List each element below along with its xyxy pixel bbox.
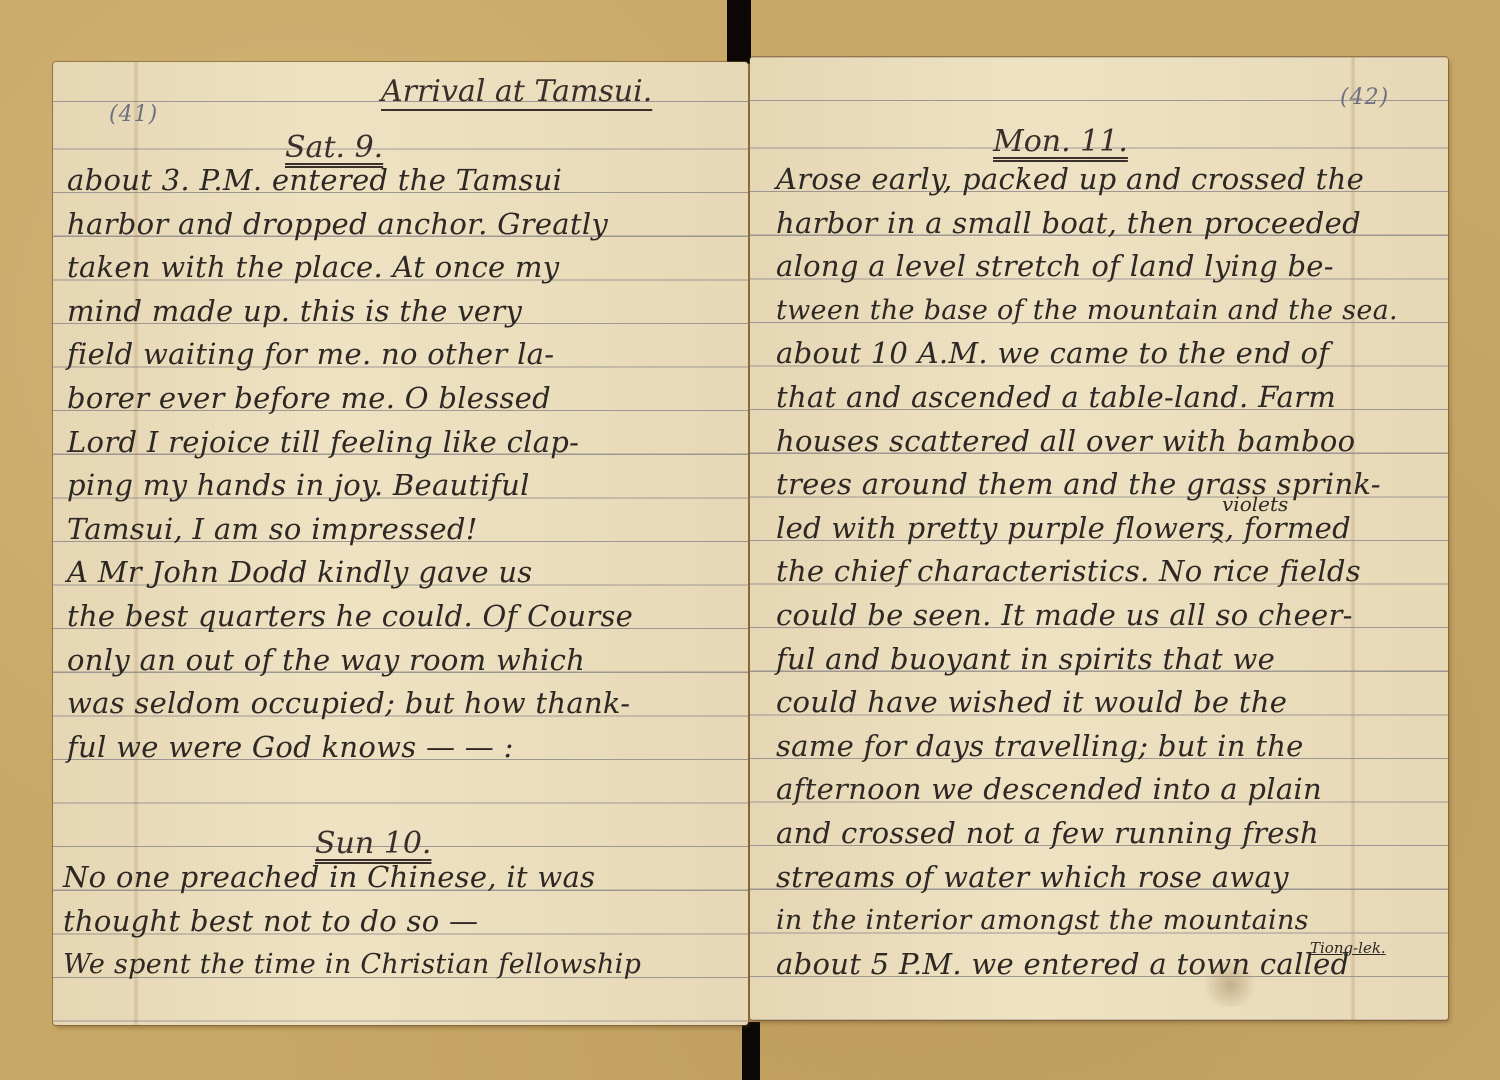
text-line: Lord I rejoice till feeling like clap- — [67, 421, 742, 465]
text-line: taken with the place. At once my — [67, 246, 742, 290]
text-line: A Mr John Dodd kindly gave us — [67, 551, 742, 595]
text-line: was seldom occupied; but how thank- — [67, 682, 742, 726]
text-line: in the interior amongst the mountains — [776, 899, 1442, 943]
text-line: about 10 A.M. we came to the end of — [776, 332, 1442, 376]
text-line: along a level stretch of land lying be- — [776, 245, 1442, 289]
entry-text: No one preached in Chinese, it was thoug… — [63, 856, 742, 987]
page-title: Arrival at Tamsui. — [381, 74, 652, 109]
text-line: ful and buoyant in spirits that we — [776, 638, 1442, 682]
text-line: No one preached in Chinese, it was — [63, 856, 742, 900]
left-page: (41) Arrival at Tamsui. Sat. 9. about 3.… — [53, 62, 748, 1025]
book-binding-bottom — [742, 1022, 760, 1080]
text-line: borer ever before me. O blessed — [67, 377, 742, 421]
text-line: and crossed not a few running fresh — [776, 812, 1442, 856]
text-line: only an out of the way room which — [67, 639, 742, 683]
text-line: the best quarters he could. Of Course — [67, 595, 742, 639]
entry-text: Arose early, packed up and crossed the h… — [776, 158, 1442, 986]
text-line: the chief characteristics. No rice field… — [776, 550, 1442, 594]
text-line: mind made up. this is the very — [67, 290, 742, 334]
text-line: Tamsui, I am so impressed! — [67, 508, 742, 552]
text-line: same for days travelling; but in the — [776, 725, 1442, 769]
text-line: thought best not to do so — — [63, 900, 742, 944]
inserted-word: violets — [1222, 492, 1288, 516]
text-line: afternoon we descended into a plain — [776, 768, 1442, 812]
text-line: that and ascended a table-land. Farm — [776, 376, 1442, 420]
text-line: streams of water which rose away — [776, 856, 1442, 900]
text-line: could have wished it would be the — [776, 681, 1442, 725]
entry-text: about 3. P.M. entered the Tamsui harbor … — [67, 159, 742, 769]
page-number: (42) — [1340, 85, 1389, 110]
text-line: led with pretty purple flowers, formed — [776, 507, 1442, 551]
insertion-caret: ^ — [1210, 535, 1225, 556]
text-line: ful we were God knows — — : — [67, 726, 742, 770]
text-line: could be seen. It made us all so cheer- — [776, 594, 1442, 638]
book-binding-top — [727, 0, 751, 64]
text-line: houses scattered all over with bamboo — [776, 420, 1442, 464]
inserted-town-name: Tiong-lek. — [1310, 939, 1386, 957]
text-line: ping my hands in joy. Beautiful — [67, 464, 742, 508]
text-line: field waiting for me. no other la- — [67, 333, 742, 377]
text-line: tween the base of the mountain and the s… — [776, 289, 1442, 333]
text-line: harbor and dropped anchor. Greatly — [67, 203, 742, 247]
text-line: harbor in a small boat, then proceeded — [776, 202, 1442, 246]
page-number: (41) — [109, 102, 158, 127]
text-line: about 3. P.M. entered the Tamsui — [67, 159, 742, 203]
entry-date: Mon. 11. — [993, 124, 1128, 159]
right-page: (42) Mon. 11. Arose early, packed up and… — [750, 57, 1448, 1020]
text-line: We spent the time in Christian fellowshi… — [63, 943, 742, 987]
text-line: trees around them and the grass sprink- — [776, 463, 1442, 507]
text-line: Arose early, packed up and crossed the — [776, 158, 1442, 202]
